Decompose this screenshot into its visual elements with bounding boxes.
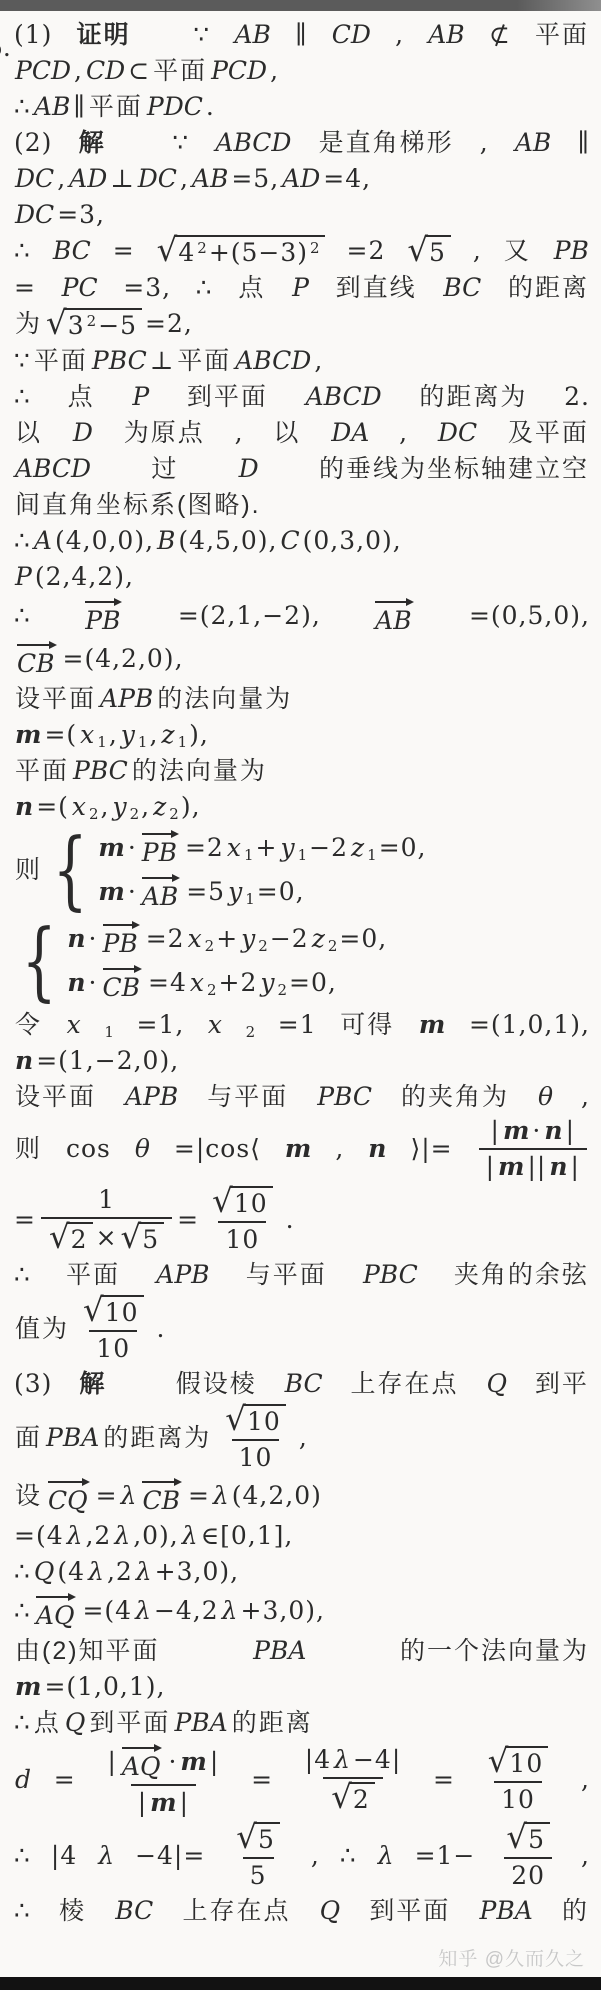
solution-line-43: ∴棱BC上存在点Q到平面PBA的 — [13, 1894, 591, 1927]
math-italic: BC — [115, 1896, 153, 1926]
chinese-text: 到平 — [535, 1369, 589, 1399]
math-bold: n — [549, 1152, 567, 1182]
math-roman: =4 — [148, 968, 187, 998]
item-number-clipped: 5. — [0, 33, 11, 62]
math-italic: z — [153, 792, 166, 822]
math-roman: 4 — [178, 238, 195, 268]
vector: CB — [101, 963, 146, 1003]
math-roman: ⊄ — [489, 20, 511, 50]
solution-line-18: CB=(4,2,0), — [13, 639, 591, 679]
chinese-text: 棱 — [59, 1896, 86, 1926]
math-roman: ∈[0,1], — [201, 1521, 294, 1551]
chinese-text: 的垂线为坐标轴建立空 — [319, 454, 589, 484]
subscript: 2 — [169, 805, 179, 823]
math-roman: =1 — [278, 1010, 317, 1040]
math-roman: | — [180, 1788, 189, 1818]
math-roman: ∴ — [14, 382, 31, 412]
chinese-text: 设平面 — [15, 684, 96, 714]
math-italic: P — [132, 382, 149, 412]
math-italic: AB — [34, 92, 70, 122]
math-roman: ∴ — [14, 1708, 31, 1738]
math-italic: Q — [486, 1369, 507, 1399]
denominator: |m| — [131, 1784, 196, 1818]
vector: PB — [140, 828, 182, 868]
chinese-text: 的 — [562, 1896, 589, 1926]
math-roman: , — [581, 1082, 590, 1112]
numerator: √10 — [480, 1745, 557, 1781]
bold-label: 解 — [79, 128, 106, 158]
chinese-text: 平面 — [66, 1260, 120, 1290]
solution-line-4: (2)解∵ABCD是直角梯形,AB∥ — [13, 126, 591, 159]
solution-line-12: 以D为原点,以DA,DC及平面 — [13, 416, 591, 449]
math-italic: AD — [282, 164, 320, 194]
fraction: √1010 — [217, 1403, 294, 1473]
radicand: 5 — [254, 1822, 280, 1855]
math-italic: λ — [121, 1481, 137, 1511]
subscript: 2 — [258, 937, 268, 955]
math-italic: BC — [53, 236, 91, 266]
math-roman: (3) — [14, 1369, 52, 1399]
math-roman: 10 — [239, 1443, 273, 1473]
math-roman: . — [286, 1205, 295, 1235]
math-roman: ∴ — [14, 1896, 31, 1926]
math-roman: , — [581, 1765, 590, 1795]
math-roman: · — [168, 1747, 177, 1777]
solution-line-2: PCD,CD⊂平面PCD, — [13, 54, 591, 87]
math-italic: PBA — [253, 1636, 306, 1666]
math-bold: m — [15, 720, 41, 750]
math-roman: ∴ — [14, 1596, 31, 1626]
chinese-text: 为原点 — [124, 418, 205, 448]
math-roman: (2) — [14, 128, 52, 158]
math-roman: , — [581, 1841, 590, 1871]
top-edge-bar — [0, 0, 601, 11]
math-italic: z — [312, 924, 325, 954]
superscript: 2 — [197, 239, 207, 257]
math-italic: PBA — [46, 1423, 99, 1453]
math-italic: y — [260, 968, 274, 998]
solution-line-39: m=(1,0,1), — [13, 1670, 591, 1703]
math-roman: ∵ — [193, 20, 210, 50]
math-roman: ∵ — [14, 346, 31, 376]
math-bold: n — [368, 1134, 386, 1164]
solution-line-20: m=(x1,y1,z1), — [13, 718, 591, 751]
math-roman: =2 — [185, 833, 224, 863]
subscript: 1 — [178, 733, 188, 751]
vector: PB — [83, 596, 125, 636]
math-roman: ⟩|= — [410, 1134, 452, 1164]
chinese-text: 的距离为 — [103, 1423, 211, 1453]
math-roman: , — [101, 792, 110, 822]
square-root: √10 — [225, 1403, 286, 1437]
math-roman: 5 — [429, 238, 446, 268]
math-roman: −5 — [98, 311, 137, 341]
chinese-text: 面 — [15, 1423, 42, 1453]
denominator: 10 — [89, 1330, 137, 1364]
math-roman: ∴ — [14, 1557, 31, 1587]
math-roman: =( — [36, 792, 69, 822]
solution-line-40: ∴点Q到平面PBA的距离 — [13, 1706, 591, 1739]
math-italic: λ — [67, 1521, 83, 1551]
bottom-edge-bar — [0, 1977, 601, 1990]
math-italic: C — [281, 526, 300, 556]
solution-line-22: n=(x2,y2,z2), — [13, 790, 591, 823]
math-roman: · — [128, 833, 137, 863]
math-roman: , — [109, 720, 118, 750]
square-root: √2 — [331, 1781, 375, 1815]
chinese-text: 假设棱 — [176, 1369, 257, 1399]
math-bold: m — [180, 1747, 206, 1777]
fraction: 1√2×√5 — [41, 1185, 172, 1255]
math-roman: =0, — [289, 968, 337, 998]
solution-line-5: DC,AD⊥DC,AB=5,AD=4, — [13, 162, 591, 195]
subscript: 1 — [367, 846, 377, 864]
math-roman: +3,0), — [241, 1596, 325, 1626]
math-italic: λ — [136, 1557, 152, 1587]
chinese-text: 平面 — [177, 346, 231, 376]
denominator: 10 — [218, 1221, 266, 1255]
chinese-text: 平面 — [535, 20, 589, 50]
solution-line-14: 间直角坐标系(图略). — [13, 488, 591, 521]
math-italic: Q — [65, 1708, 86, 1738]
math-roman: , — [314, 346, 323, 376]
math-roman: =(4 — [82, 1596, 132, 1626]
math-italic: AB — [234, 20, 270, 50]
denominator: 20 — [504, 1857, 552, 1891]
math-italic: DC — [438, 418, 477, 448]
math-roman: ,2 — [107, 1557, 133, 1587]
math-bold: m — [15, 1672, 41, 1702]
math-italic: A — [34, 526, 52, 556]
math-italic: PB — [554, 236, 589, 266]
chinese-text: 的法向量为 — [132, 756, 267, 786]
chinese-text: 的距离 — [508, 273, 589, 303]
solution-line-37: ∴AQ=(4λ−4,2λ+3,0), — [13, 1591, 591, 1631]
math-roman: = — [188, 1481, 210, 1511]
square-root: √5 — [407, 234, 451, 268]
system-rows: m·PB=2x1+y1−2z1=0,m·AB=5y1=0, — [96, 826, 427, 914]
math-roman: =3, — [57, 200, 105, 230]
math-roman: = — [14, 1205, 36, 1235]
math-roman: 20 — [511, 1861, 545, 1891]
math-roman: ∴ — [196, 273, 213, 303]
subscript: 2 — [130, 805, 140, 823]
solution-line-9: 为√32−5=2, — [13, 307, 591, 341]
math-italic: z — [161, 720, 174, 750]
math-roman: (2,4,2), — [35, 562, 134, 592]
math-roman: ∴ — [14, 236, 31, 266]
square-root: √5 — [121, 1221, 165, 1255]
subscript: 2 — [207, 981, 217, 999]
math-roman: + — [256, 833, 278, 863]
math-italic: y — [280, 833, 294, 863]
math-italic: BC — [285, 1369, 323, 1399]
math-bold: m — [419, 1010, 445, 1040]
chinese-text: 由(2)知平面 — [15, 1636, 160, 1666]
math-roman: (4,0,0), — [55, 526, 154, 556]
radicand: 10 — [230, 1186, 273, 1219]
math-roman: ∥ — [295, 20, 308, 50]
chinese-text: 间直角坐标系(图略). — [15, 490, 261, 520]
math-italic: APB — [156, 1260, 209, 1290]
fraction: √1010 — [75, 1294, 152, 1364]
numerator: √5 — [228, 1821, 288, 1857]
chinese-text: 平面 — [15, 756, 69, 786]
chinese-text: 上存在点 — [182, 1896, 290, 1926]
math-roman: =0, — [257, 877, 305, 907]
solution-content: 5. (1)证明∵AB∥CD,AB⊄平面PCD,CD⊂平面PCD,∴AB∥平面P… — [0, 11, 601, 1927]
math-italic: λ — [334, 1745, 350, 1775]
math-roman: | — [210, 1747, 219, 1777]
solution-line-15: ∴A(4,0,0),B(4,5,0),C(0,3,0), — [13, 524, 591, 557]
chinese-text: 可得 — [340, 1010, 394, 1040]
solution-line-42: ∴|4λ−4|=√55,∴λ=1−√520, — [13, 1821, 591, 1891]
subscript: 2 — [246, 1023, 256, 1041]
math-italic: λ — [213, 1481, 229, 1511]
radicand: 5 — [425, 235, 451, 268]
math-italic: PCD — [211, 56, 267, 86]
solution-line-26: n=(1,−2,0), — [13, 1044, 591, 1077]
math-bold: m — [98, 877, 124, 907]
math-bold: n — [67, 924, 85, 954]
denominator: √2×√5 — [41, 1217, 172, 1255]
solution-line-24: {n·PB=2x2+y2−2z2=0,n·CB=4x2+2y2=0, — [13, 917, 591, 1005]
solution-line-35: =(4λ,2λ,0),λ∈[0,1], — [13, 1519, 591, 1552]
math-italic: x — [80, 720, 94, 750]
math-roman: 5 — [528, 1825, 545, 1855]
solution-line-13: ABCD过D的垂线为坐标轴建立空 — [13, 452, 591, 485]
math-roman: =(1,0,1), — [469, 1010, 590, 1040]
numerator: √5 — [498, 1821, 558, 1857]
solution-line-21: 平面PBC的法向量为 — [13, 754, 591, 787]
chinese-text: 设 — [15, 1481, 42, 1511]
math-italic: ABCD — [15, 454, 91, 484]
math-italic: P — [15, 562, 32, 592]
numerator: |4λ−4| — [298, 1745, 408, 1777]
math-roman: −2 — [309, 833, 348, 863]
math-roman: −4|= — [135, 1841, 205, 1871]
math-roman: +(5−3) — [209, 238, 308, 268]
math-italic: θ — [538, 1082, 553, 1112]
math-roman: , — [149, 720, 158, 750]
system-row: n·CB=4x2+2y2=0, — [65, 963, 388, 1003]
math-roman: ∴ — [14, 1260, 31, 1290]
solution-line-30: ∴平面APB与平面PBC夹角的余弦 — [13, 1258, 591, 1291]
math-roman: 10 — [234, 1189, 268, 1219]
math-roman: . — [157, 1314, 166, 1344]
left-brace: { — [22, 923, 57, 1000]
square-root: √10 — [83, 1294, 144, 1328]
chinese-text: 点 — [68, 382, 95, 412]
bold-label: 证明 — [77, 20, 131, 50]
math-roman: 5 — [142, 1225, 159, 1255]
solution-line-23: 则{m·PB=2x1+y1−2z1=0,m·AB=5y1=0, — [13, 826, 591, 914]
math-roman: 3 — [68, 311, 85, 341]
math-roman: | — [486, 1152, 495, 1182]
math-italic: ABCD — [215, 128, 291, 158]
solution-line-6: DC=3, — [13, 198, 591, 231]
math-italic: AB — [428, 20, 464, 50]
math-roman: 2 — [71, 1225, 88, 1255]
math-roman: · — [128, 877, 137, 907]
math-roman: = — [433, 1765, 455, 1795]
chinese-text: 令 — [15, 1010, 42, 1040]
system-row: m·PB=2x1+y1−2z1=0, — [96, 828, 427, 868]
math-italic: λ — [114, 1521, 130, 1551]
math-italic: D — [239, 454, 259, 484]
solution-line-28: 则cosθ=|cos⟨m,n⟩|=|m·n||m||n| — [13, 1116, 591, 1182]
math-roman: | — [138, 1788, 147, 1818]
math-italic: PDC — [147, 92, 203, 122]
subscript: 2 — [278, 981, 288, 999]
solution-line-10: ∵平面PBC⊥平面ABCD, — [13, 344, 591, 377]
math-roman: , — [480, 128, 489, 158]
math-italic: λ — [182, 1521, 198, 1551]
math-roman: =2 — [347, 236, 386, 266]
math-roman: =(1,0,1), — [44, 1672, 165, 1702]
numerator: 1 — [91, 1185, 122, 1217]
math-roman: ,2 — [85, 1521, 111, 1551]
denominator: |m||n| — [479, 1148, 587, 1182]
math-roman: (4,5,0), — [178, 526, 277, 556]
vector: CQ — [46, 1476, 93, 1516]
chinese-text: 则 — [15, 855, 42, 885]
solution-line-34: 设CQ=λCB=λ(4,2,0) — [13, 1476, 591, 1516]
math-roman: , — [235, 418, 244, 448]
math-roman: +3,0), — [155, 1557, 239, 1587]
math-italic: PBA — [480, 1896, 533, 1926]
math-italic: Q — [34, 1557, 55, 1587]
math-roman: 10 — [105, 1298, 139, 1328]
chinese-text: 设平面 — [15, 1082, 96, 1112]
math-bold: n — [15, 1046, 33, 1076]
math-roman: ∥ — [577, 128, 590, 158]
math-roman: = — [54, 1765, 76, 1795]
math-italic: AB — [515, 128, 551, 158]
math-roman: (4,2,0) — [232, 1481, 322, 1511]
math-roman: =4, — [323, 164, 371, 194]
chinese-text: 点 — [238, 273, 265, 303]
math-roman: =(2,1,−2), — [178, 601, 321, 631]
math-roman: =(4,2,0), — [63, 644, 184, 674]
math-italic: λ — [222, 1596, 238, 1626]
math-roman: = — [177, 1205, 199, 1235]
math-italic: y — [121, 720, 135, 750]
math-roman: ), — [181, 792, 201, 822]
math-roman: (4 — [57, 1557, 85, 1587]
math-roman: 10 — [247, 1407, 281, 1437]
radicand: 10 — [101, 1295, 144, 1328]
math-roman: , — [311, 1841, 320, 1871]
numerator: √10 — [204, 1185, 281, 1221]
math-italic: z — [351, 833, 364, 863]
square-root: √5 — [236, 1821, 280, 1855]
chinese-text: 点 — [34, 1708, 61, 1738]
math-bold: n — [544, 1116, 562, 1146]
math-roman: · — [89, 924, 98, 954]
math-bold: m — [503, 1116, 529, 1146]
denominator: √2 — [323, 1777, 383, 1815]
math-roman: ⊥ — [150, 346, 175, 376]
math-roman: =1, — [137, 1010, 185, 1040]
math-italic: APB — [125, 1082, 178, 1112]
math-roman: 10 — [501, 1785, 535, 1815]
math-italic: PCD — [15, 56, 71, 86]
math-roman: |4 — [305, 1745, 331, 1775]
fraction: √1010 — [204, 1185, 281, 1255]
solution-line-16: P(2,4,2), — [13, 560, 591, 593]
chinese-text: 的法向量为 — [157, 684, 292, 714]
chinese-text: 夹角的余弦 — [454, 1260, 589, 1290]
chinese-text: 的一个法向量为 — [400, 1636, 589, 1666]
math-roman: =2 — [146, 924, 185, 954]
math-roman: cos — [66, 1134, 111, 1164]
vector: AQ — [34, 1591, 80, 1631]
subscript: 2 — [89, 805, 99, 823]
math-roman: =1− — [415, 1841, 476, 1871]
math-italic: CD — [332, 20, 371, 50]
solution-line-27: 设平面APB与平面PBC的夹角为θ, — [13, 1080, 591, 1113]
math-roman: =|cos⟨ — [174, 1134, 261, 1164]
math-roman: =(0,5,0), — [469, 601, 590, 631]
math-roman: 2 — [353, 1785, 370, 1815]
math-roman: 10 — [225, 1225, 259, 1255]
math-roman: =(4 — [14, 1521, 64, 1551]
chinese-text: 又 — [504, 236, 531, 266]
chinese-text: 过 — [151, 454, 178, 484]
math-roman: | — [571, 1152, 580, 1182]
math-italic: PBC — [73, 756, 128, 786]
chinese-text: 以 — [273, 418, 300, 448]
math-roman: |4 — [51, 1841, 77, 1871]
math-italic: λ — [378, 1841, 394, 1871]
math-italic: DC — [15, 200, 54, 230]
vector: PB — [101, 919, 143, 959]
radicand: 32−5 — [64, 308, 142, 341]
math-italic: y — [113, 792, 127, 822]
math-italic: ABCD — [306, 382, 382, 412]
solution-line-38: 由(2)知平面PBA的一个法向量为 — [13, 1634, 591, 1667]
math-italic: DA — [331, 418, 369, 448]
math-italic: d — [15, 1765, 31, 1795]
vector: AB — [140, 872, 183, 912]
fraction: |AQ·m||m| — [100, 1742, 226, 1818]
radicand: 10 — [243, 1404, 286, 1437]
subscript: 2 — [205, 937, 215, 955]
superscript: 2 — [87, 312, 97, 330]
chinese-text: 及平面 — [508, 418, 589, 448]
math-italic: APB — [100, 684, 153, 714]
square-root: √2 — [49, 1221, 93, 1255]
math-roman: = — [14, 273, 36, 303]
chinese-text: 与平面 — [246, 1260, 327, 1290]
chinese-text: 为 — [15, 309, 42, 339]
solution-line-36: ∴Q(4λ,2λ+3,0), — [13, 1555, 591, 1588]
subscript: 1 — [104, 1023, 114, 1041]
math-roman: =2, — [145, 309, 193, 339]
radicand: 2 — [67, 1222, 93, 1255]
math-roman: ∴ — [14, 526, 31, 556]
chinese-text: 与平面 — [207, 1082, 288, 1112]
left-brace: { — [53, 832, 88, 909]
math-roman: ∵ — [172, 128, 189, 158]
watermark: 知乎 @久而久之 — [438, 1944, 585, 1971]
math-roman: , — [141, 792, 150, 822]
math-roman: × — [96, 1223, 118, 1253]
math-roman: 1 — [98, 1185, 115, 1215]
math-roman: = — [96, 1481, 118, 1511]
chinese-text: 平面 — [34, 346, 88, 376]
